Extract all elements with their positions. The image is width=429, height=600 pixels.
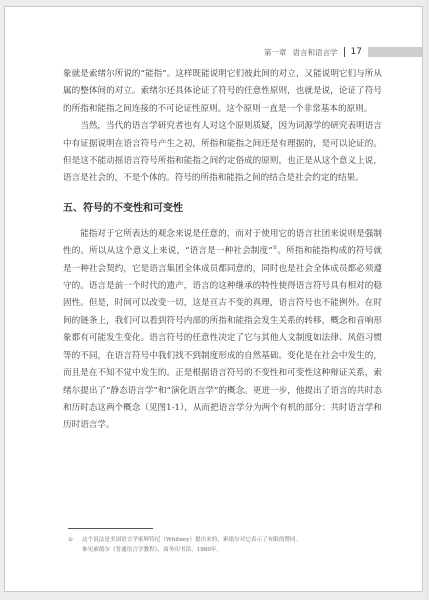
header-tab-bar (368, 47, 422, 57)
footnote-line-1: ①这个说法是美国语言学家辉特尼（Whitney）提出来的，索绪尔对它表示了有限的… (68, 535, 368, 545)
document-page: 第一章 语言和语言学 17 象就是索绪尔所说的“能指”。这样既能说明它们彼此间的… (4, 6, 423, 592)
footnote-text-1: 这个说法是美国语言学家辉特尼（Whitney）提出来的，索绪尔对它表示了有限的赞… (82, 537, 301, 543)
body-text: 象就是索绪尔所说的“能指”。这样既能说明它们彼此间的对立，又能说明它们与所从属的… (63, 66, 382, 435)
footnote: ①这个说法是美国语言学家辉特尼（Whitney）提出来的，索绪尔对它表示了有限的… (68, 535, 368, 555)
section-heading: 五、符号的不变性和可变性 (63, 202, 382, 216)
footnote-line-2: 参见索绪尔《普通语言学教程》，商务印书馆，1980年。 (68, 545, 368, 555)
footnote-divider (68, 528, 153, 529)
header-divider (344, 47, 345, 57)
running-head: 第一章 语言和语言学 17 (264, 45, 422, 59)
chapter-label: 第一章 (264, 47, 287, 58)
page-number: 17 (351, 47, 362, 57)
scrollbar[interactable] (425, 0, 429, 600)
chapter-title: 语言和语言学 (293, 47, 338, 58)
footnote-marker: ① (68, 535, 82, 545)
document-viewer: 第一章 语言和语言学 17 象就是索绪尔所说的“能指”。这样既能说明它们彼此间的… (0, 0, 429, 600)
paragraph-1: 象就是索绪尔所说的“能指”。这样既能说明它们彼此间的对立，又能说明它们与所从属的… (63, 66, 382, 118)
paragraph-2: 当然，当代的语言学研究者也有人对这个原则质疑，因为词源学的研究表明语言中有证据说… (63, 118, 382, 188)
paragraph-3: 能指对于它所表达的观念来说是任意的，而对于使用它的语言社团来说则是强制性的。所以… (63, 226, 382, 435)
paragraph-3-part-2: 。所指和能指构成的符号就是一种社会契约，它是语言集团全体成员都同意的，同时也是社… (63, 246, 382, 430)
